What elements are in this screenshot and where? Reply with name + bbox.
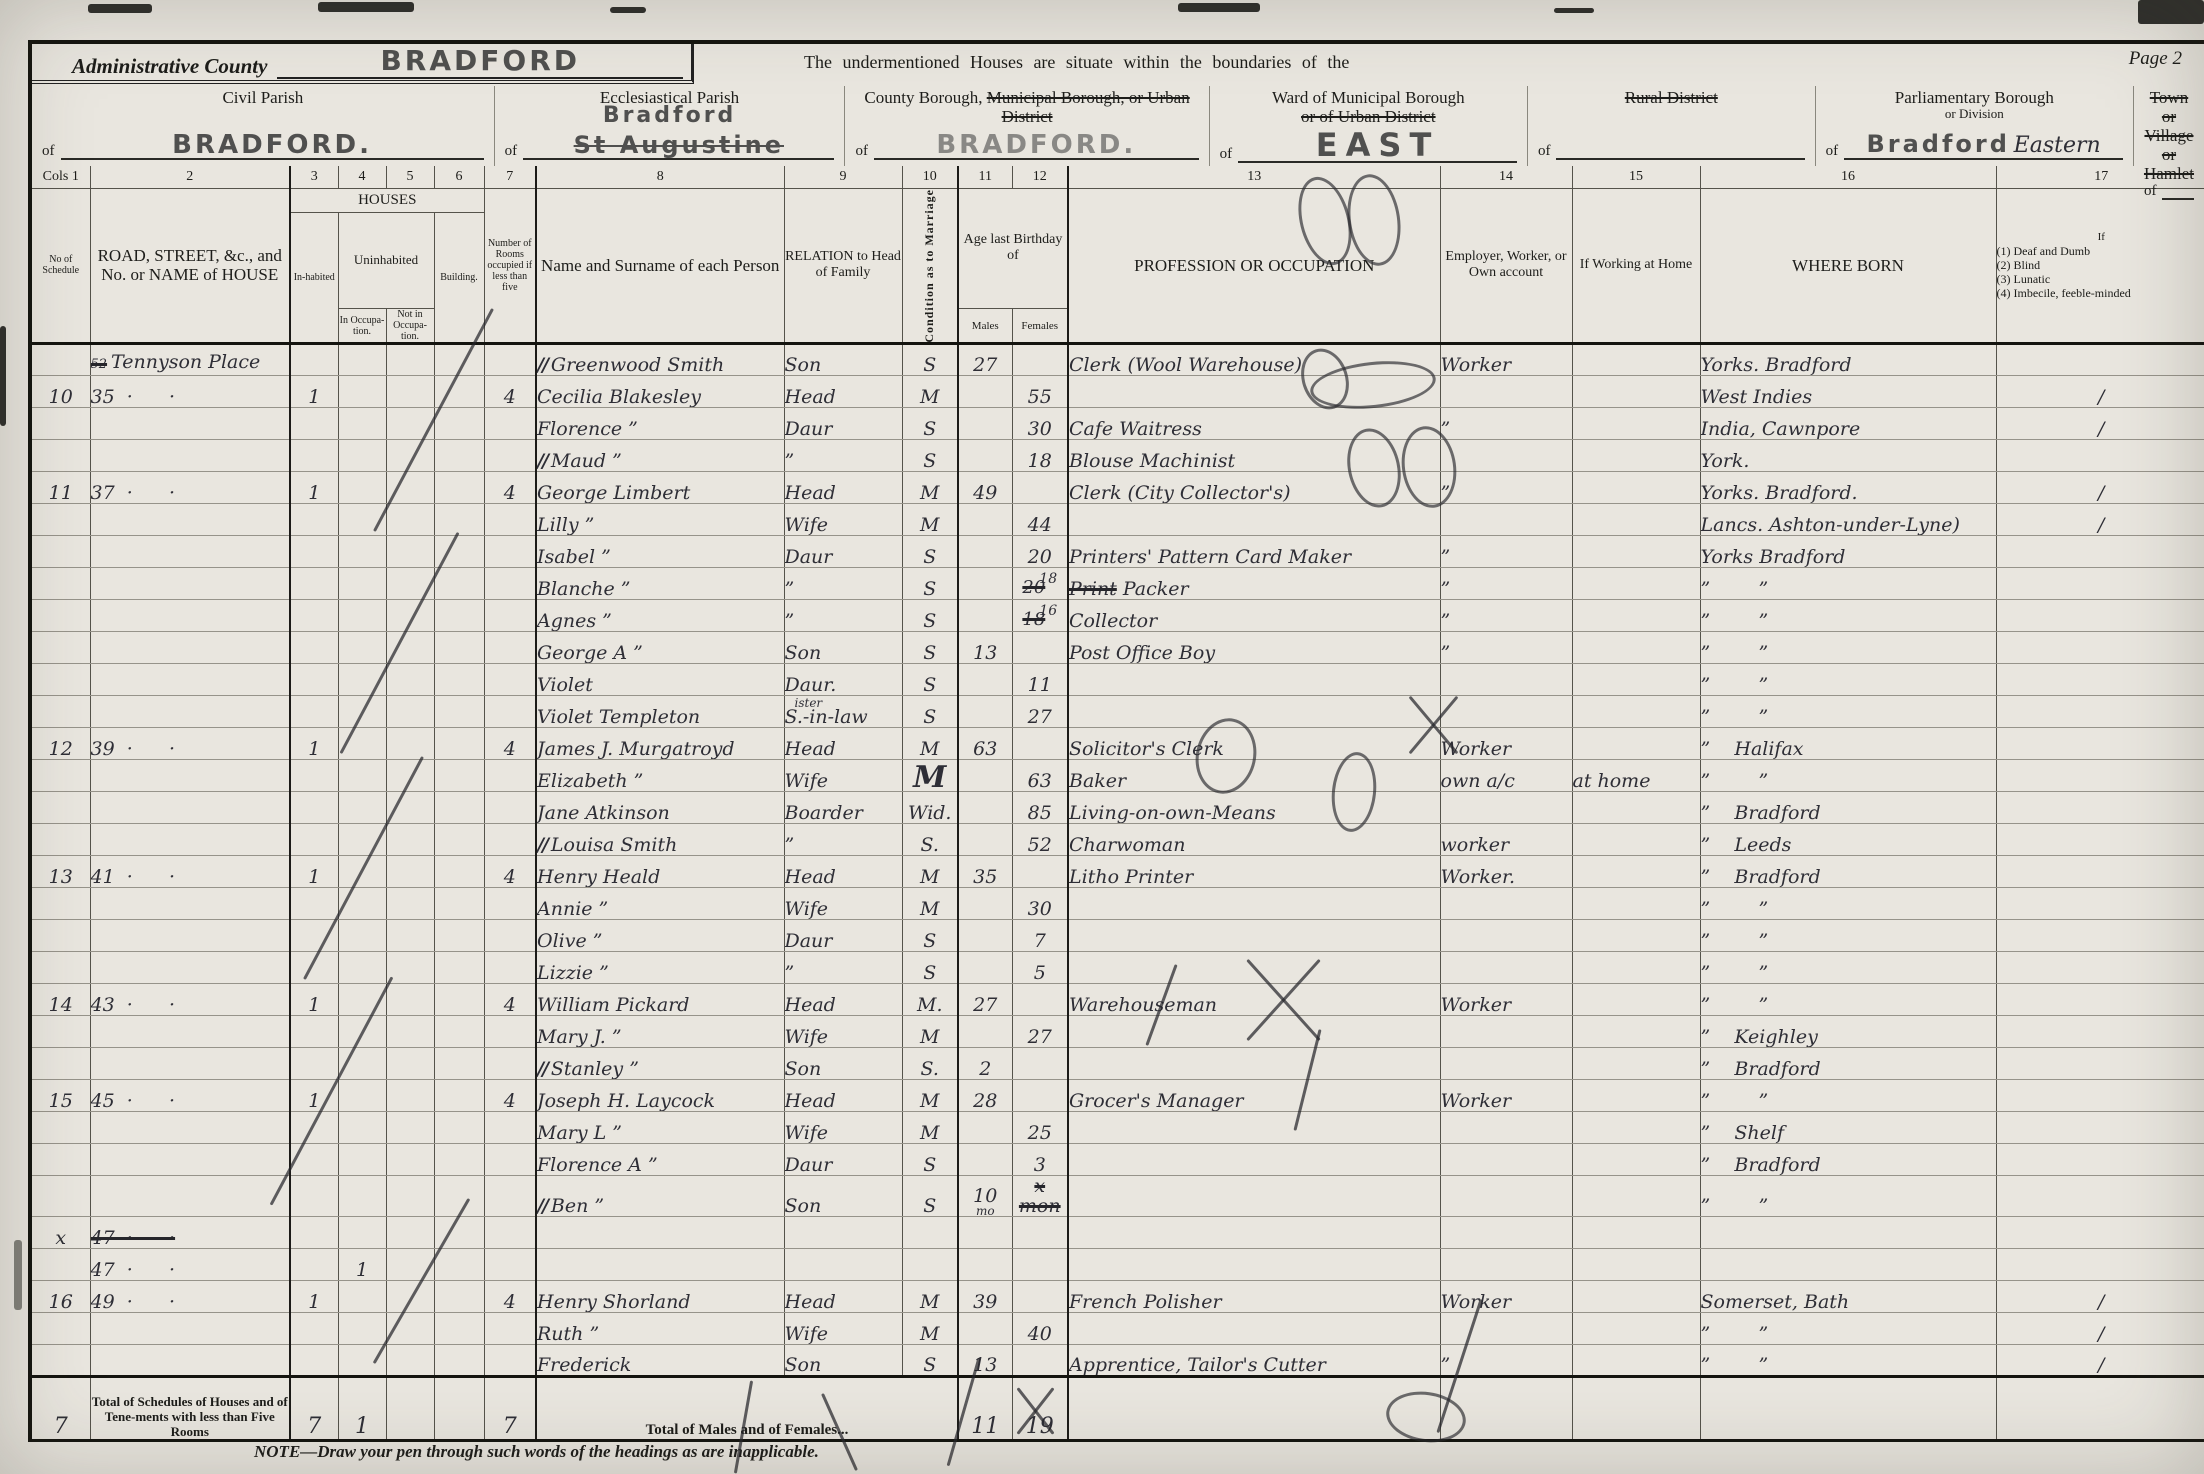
cell-condition: M [902,472,958,504]
cell-age-male [958,1112,1012,1144]
relation: Wife [785,1026,829,1048]
cell-infirmity [1996,824,2204,856]
infirmity-tick: / [2098,1354,2104,1376]
county-borough-title: County Borough, [864,88,982,107]
cell-relation: Wife [784,1112,902,1144]
cell-uninhabited-not-in-occupation [386,824,434,856]
age-female: 11 [1028,674,1052,696]
person-name: Jane Atkinson [537,802,670,824]
cell-working-at-home: at home [1572,760,1700,792]
header-employer: Employer, Worker, or Own account [1440,188,1572,344]
total-born-blank [1700,1377,1996,1441]
marriage-condition: S [923,418,936,440]
cell-relation: ” [784,568,902,600]
cell-age-male [958,888,1012,920]
cell-uninhabited-in-occupation [338,1281,386,1313]
relation-wrap: Wife [785,515,829,535]
relation-wrap: Son [785,643,822,663]
cell-employer-status: own a/c [1440,760,1572,792]
cell-rooms [484,1345,536,1377]
cell-schedule-number [32,760,90,792]
cell-inhabited [290,664,338,696]
cell-age-male [958,824,1012,856]
rooms-count: 4 [504,738,516,760]
column-number-row: Cols 1 2 3 4 5 6 7 8 9 10 11 12 13 14 15… [32,166,2204,188]
cell-schedule-number: 16 [32,1281,90,1313]
cell-where-born: ” ” [1700,1176,1996,1217]
col-num-2: 2 [90,166,290,188]
col-num-15: 15 [1572,166,1700,188]
relation: Head [785,994,836,1016]
age-female: 27 [1028,1026,1052,1048]
cell-where-born: Somerset, Bath [1700,1281,1996,1313]
cell-person-name: Florence ” [536,408,784,440]
marriage-condition: S [923,1354,936,1376]
age-male: 13 [973,642,997,664]
cell-schedule-number [32,600,90,632]
cell-occupation [1068,1313,1440,1345]
cell-uninhabited-not-in-occupation [386,1249,434,1281]
cell-working-at-home [1572,1217,1700,1249]
cell-infirmity [1996,1217,2204,1249]
cell-relation: ” [784,952,902,984]
cell-schedule-number [32,344,90,376]
relation-wrap: ” [785,963,795,983]
cell-building [434,984,484,1016]
person-name: Stanley ” [551,1058,639,1080]
birthplace: ” ” [1701,1195,1769,1217]
parliamentary-title: Parliamentary Borough [1826,88,2123,107]
occupation: Clerk (City Collector's) [1069,482,1291,504]
cell-age-female [1012,1048,1068,1080]
table-row: George A ”SonS13Post Office Boy”” ” [32,632,2204,664]
age-female: 7 [1034,930,1046,952]
cell-uninhabited-not-in-occupation [386,1176,434,1217]
person-name: Greenwood Smith [551,354,724,376]
header-schedule: No of Schedule [32,188,90,344]
marriage-condition: M [920,738,939,760]
cell-road-house [90,1313,290,1345]
cell-working-at-home [1572,952,1700,984]
person-name: Joseph H. Laycock [537,1090,715,1112]
cell-road-house: 47 · · [90,1249,290,1281]
cell-rooms [484,632,536,664]
cell-rooms [484,824,536,856]
cell-occupation [1068,1144,1440,1176]
relation-wrap: Daur [785,1155,833,1175]
cell-occupation [1068,920,1440,952]
cell-working-at-home [1572,1016,1700,1048]
marriage-condition: S [923,642,936,664]
cell-inhabited [290,760,338,792]
header-condition: Condition as to Marriage [902,188,958,344]
rural-district-title: Rural District [1538,88,1805,107]
cell-working-at-home [1572,344,1700,376]
cell-inhabited [290,1016,338,1048]
cell-age-female [1012,1217,1068,1249]
cell-rooms [484,1048,536,1080]
cell-person-name [536,1249,784,1281]
employer-status: Worker [1441,994,1512,1016]
table-row: Ruth ”WifeM40” ”/ [32,1313,2204,1345]
cell-condition: M [902,856,958,888]
cell-where-born: ” Bradford [1700,856,1996,888]
cell-rooms [484,888,536,920]
cell-relation: ” [784,824,902,856]
cell-rooms [484,1112,536,1144]
cell-infirmity [1996,856,2204,888]
birthplace: Yorks Bradford [1701,546,1846,568]
birthplace: Yorks. Bradford [1701,354,1852,376]
cell-uninhabited-not-in-occupation [386,920,434,952]
cell-schedule-number [32,1016,90,1048]
birthplace: India, Cawnpore [1701,418,1861,440]
infirm-item-3: (3) Lunatic [1997,272,2051,286]
cell-uninhabited-in-occupation [338,760,386,792]
cell-relation: Daur [784,536,902,568]
cell-uninhabited-in-occupation [338,600,386,632]
cell-relation: Boarder [784,792,902,824]
relation: Daur [785,546,833,568]
cell-condition: M [902,376,958,408]
cell-condition: S [902,696,958,728]
cell-working-at-home [1572,536,1700,568]
cell-working-at-home [1572,728,1700,760]
cell-age-male: 35 [958,856,1012,888]
total-schedules: 7 [32,1377,90,1441]
ward-value-stamp: EAST [1316,126,1440,164]
cell-building [434,696,484,728]
relation: Head [785,482,836,504]
parliamentary-value-handwritten: Eastern [2014,133,2101,158]
cell-working-at-home [1572,600,1700,632]
cell-relation: Daur [784,408,902,440]
employer-status: ” [1441,546,1451,568]
cell-road-house [90,1176,290,1217]
person-name: Henry Heald [537,866,660,888]
cell-infirmity [1996,920,2204,952]
cell-age-male [958,568,1012,600]
rooms-count: 4 [504,482,516,504]
header-road: ROAD, STREET, &c., and No. or NAME of HO… [90,188,290,344]
person-name: Mary L ” [537,1122,622,1144]
table-row: //Maud ””S18Blouse MachinistYork. [32,440,2204,472]
cell-uninhabited-in-occupation [338,952,386,984]
cell-employer-status: Worker [1440,1281,1572,1313]
cell-building [434,408,484,440]
cell-road-house: 37 · · [90,472,290,504]
cell-working-at-home [1572,696,1700,728]
birthplace: ” Bradford [1701,802,1821,824]
cell-condition: M [902,728,958,760]
cell-employer-status [1440,376,1572,408]
cell-condition: S [902,1176,958,1217]
table-row: 1649 · ·14Henry ShorlandHeadM39French Po… [32,1281,2204,1313]
cell-building [434,856,484,888]
scan-smudge [610,7,646,13]
cell-employer-status: worker [1440,824,1572,856]
person-name: George Limbert [537,482,690,504]
header-not-in-occupation: Not in Occupa-tion. [386,309,434,344]
infirm-item-1: (1) Deaf and Dumb [1997,244,2091,258]
schedule-number: 16 [49,1291,73,1313]
of-label: of [2144,183,2157,200]
district-ecclesiastical-parish: Ecclesiastical Parish Bradford of St Aug… [494,86,845,166]
relation-wrap: Daur [785,931,833,951]
cell-relation: Daur [784,1144,902,1176]
cell-road-house [90,1016,290,1048]
cell-uninhabited-in-occupation [338,1144,386,1176]
cell-uninhabited-in-occupation [338,792,386,824]
col-num-11: 11 [958,166,1012,188]
cell-age-female: 30 [1012,408,1068,440]
col-num-16: 16 [1700,166,1996,188]
table-row: Jane AtkinsonBoarderWid.85Living-on-own-… [32,792,2204,824]
cell-age-female: 30 [1012,888,1068,920]
relation-wrap: Head [785,387,836,407]
cell-infirmity [1996,792,2204,824]
cell-where-born: ” ” [1700,1080,1996,1112]
cell-road-house [90,1048,290,1080]
cell-road-house: 35 · · [90,376,290,408]
header-infirmities: If (1) Deaf and Dumb (2) Blind (3) Lunat… [1996,188,2204,344]
birthplace: West Indies [1701,386,1813,408]
cell-age-female: 2018 [1012,568,1068,600]
cell-employer-status: ” [1440,632,1572,664]
of-label: of [855,143,868,160]
cell-schedule-number: 11 [32,472,90,504]
age-female: 44 [1028,514,1052,536]
table-row: //Stanley ”SonS.2” Bradford [32,1048,2204,1080]
cell-schedule-number [32,920,90,952]
cell-age-male [958,536,1012,568]
relation-wrap: Daur [785,547,833,567]
cell-occupation: Collector [1068,600,1440,632]
cell-person-name: George Limbert [536,472,784,504]
cell-relation: Head [784,1281,902,1313]
cell-age-male [958,376,1012,408]
cell-person-name: Henry Shorland [536,1281,784,1313]
cell-inhabited [290,1249,338,1281]
table-row: Agnes ””S1816Collector”” ” [32,600,2204,632]
cell-uninhabited-in-occupation [338,408,386,440]
schedule-number: 10 [49,386,73,408]
cell-inhabited [290,696,338,728]
infirmity-tick: / [2098,386,2104,408]
cell-working-at-home [1572,1048,1700,1080]
cell-uninhabited-not-in-occupation [386,344,434,376]
birthplace: ” Bradford [1701,1154,1821,1176]
marriage-condition: M [920,1122,939,1144]
house-number: 37 · · [91,482,176,504]
cell-uninhabited-in-occupation [338,1080,386,1112]
cell-building [434,1249,484,1281]
cell-building [434,1080,484,1112]
cell-age-female: 7 [1012,920,1068,952]
cell-age-male [958,440,1012,472]
cell-age-male: 39 [958,1281,1012,1313]
employer-status: own a/c [1441,770,1515,792]
cell-age-female: 25 [1012,1112,1068,1144]
cell-schedule-number: 15 [32,1080,90,1112]
cell-relation: ” [784,440,902,472]
table-row: Lilly ”WifeM44Lancs. Ashton-under-Lyne)/ [32,504,2204,536]
cell-age-female [1012,1281,1068,1313]
relation: Wife [785,1122,829,1144]
marriage-condition: S [923,610,936,632]
occupation: Blouse Machinist [1069,450,1235,472]
header-males: Males [958,309,1012,344]
relation: ” [785,610,795,632]
cell-age-male [958,792,1012,824]
relation-wrap: Wife [785,1123,829,1143]
enumerator-tick: // [537,1195,547,1217]
census-form: Administrative County BRADFORD The under… [28,40,2204,1442]
relation-wrap: ” [785,611,795,631]
cell-employer-status [1440,1016,1572,1048]
cell-uninhabited-not-in-occupation [386,1016,434,1048]
cell-uninhabited-in-occupation [338,472,386,504]
cell-uninhabited-not-in-occupation [386,1080,434,1112]
cell-schedule-number [32,1345,90,1377]
occupation: Printers' Pattern Card Maker [1069,546,1351,568]
cell-relation: Wife [784,760,902,792]
birthplace: Somerset, Bath [1701,1291,1850,1313]
cell-schedule-number [32,1176,90,1217]
cell-person-name: William Pickard [536,984,784,1016]
cell-where-born: ” ” [1700,632,1996,664]
cell-age-female: 63 [1012,760,1068,792]
age-male: 27 [973,994,997,1016]
cell-where-born [1700,1249,1996,1281]
cell-person-name: Elizabeth ” [536,760,784,792]
table-row: Olive ”DaurS7” ” [32,920,2204,952]
cell-relation: Head [784,856,902,888]
cell-working-at-home [1572,888,1700,920]
birthplace: ” ” [1701,994,1769,1016]
cell-age-male: 28 [958,1080,1012,1112]
cell-inhabited: 1 [290,856,338,888]
table-totals: 7 Total of Schedules of Houses and of Te… [32,1377,2204,1441]
cell-inhabited: 1 [290,1080,338,1112]
cell-employer-status: Worker [1440,1080,1572,1112]
person-name: Violet [537,674,593,696]
birthplace: ” ” [1701,898,1769,920]
cell-road-house [90,536,290,568]
cell-person-name: Isabel ” [536,536,784,568]
cell-condition: Wid. [902,792,958,824]
cell-rooms [484,344,536,376]
cell-age-female: 18 [1012,440,1068,472]
marriage-condition: S [923,546,936,568]
person-name: Ben ” [551,1195,604,1217]
cell-rooms [484,792,536,824]
relation: Son [785,354,822,376]
cell-age-female [1012,984,1068,1016]
birthplace: ” Shelf [1701,1122,1784,1144]
infirmity-tick: / [2098,1291,2104,1313]
cell-age-male [958,1249,1012,1281]
cell-infirmity [1996,1080,2204,1112]
cell-where-born: ” Halifax [1700,728,1996,760]
cell-condition [902,1249,958,1281]
cell-condition: S [902,568,958,600]
census-scan-page: Administrative County BRADFORD The under… [0,0,2204,1474]
cell-building [434,1144,484,1176]
cell-road-house [90,696,290,728]
infirm-item-2: (2) Blind [1997,258,2041,272]
town-village-value [2162,198,2194,200]
cell-occupation: Warehouseman [1068,984,1440,1016]
civil-parish-title: Civil Parish [42,88,484,107]
cell-building [434,632,484,664]
occupation: Warehouseman [1069,994,1217,1016]
cell-infirmity [1996,888,2204,920]
enumerator-tick: // [537,1058,547,1080]
cell-uninhabited-in-occupation [338,568,386,600]
relation: Son [785,1058,822,1080]
cell-uninhabited-in-occupation [338,376,386,408]
cell-rooms [484,600,536,632]
cell-age-female [1012,1345,1068,1377]
cell-where-born: ” ” [1700,1345,1996,1377]
cell-where-born: ” Leeds [1700,824,1996,856]
rooms-count: 4 [504,1090,516,1112]
cell-where-born: ” ” [1700,952,1996,984]
cell-occupation: Printers' Pattern Card Maker [1068,536,1440,568]
county-borough-title-struck: Municipal Borough, or Urban District [987,88,1190,126]
form-header: Administrative County BRADFORD The under… [32,44,2204,86]
cell-employer-status: ” [1440,600,1572,632]
birthplace: ” ” [1701,1323,1769,1345]
house-number: Tennyson Place [111,351,260,373]
relation-wrap: Son [785,1196,822,1216]
house-number: 43 · · [91,994,176,1016]
situate-statement: The undermentioned Houses are situate wi… [804,52,1349,73]
table-row: //Louisa Smith”S.52Charwomanworker” Leed… [32,824,2204,856]
relation-wrap: Head [785,995,836,1015]
col-num-8: 8 [536,166,784,188]
cell-condition: S [902,600,958,632]
cell-inhabited [290,1112,338,1144]
cell-employer-status [1440,1048,1572,1080]
occupation: Baker [1069,770,1126,792]
of-label: of [1826,143,1839,160]
relation: Wife [785,514,829,536]
person-name: Isabel ” [537,546,611,568]
cell-rooms [484,536,536,568]
birthplace: ” Halifax [1701,738,1804,760]
cell-inhabited [290,1144,338,1176]
cell-relation: Daur. [784,664,902,696]
cell-employer-status: Worker [1440,728,1572,760]
cell-age-female: 20 [1012,536,1068,568]
age-female: 3 [1034,1154,1046,1176]
marriage-condition: M [920,1323,939,1345]
cell-road-house [90,664,290,696]
cell-inhabited [290,568,338,600]
house-number: 39 · · [91,738,176,760]
cell-condition: S [902,952,958,984]
cell-employer-status [1440,1112,1572,1144]
rooms-count: 4 [504,1291,516,1313]
cell-age-male [958,1144,1012,1176]
relation-superscript: ister [795,696,823,714]
rural-district-value [1556,158,1804,160]
scan-smudge [1178,3,1260,12]
cell-uninhabited-in-occupation [338,1313,386,1345]
marriage-condition: S [923,578,936,600]
